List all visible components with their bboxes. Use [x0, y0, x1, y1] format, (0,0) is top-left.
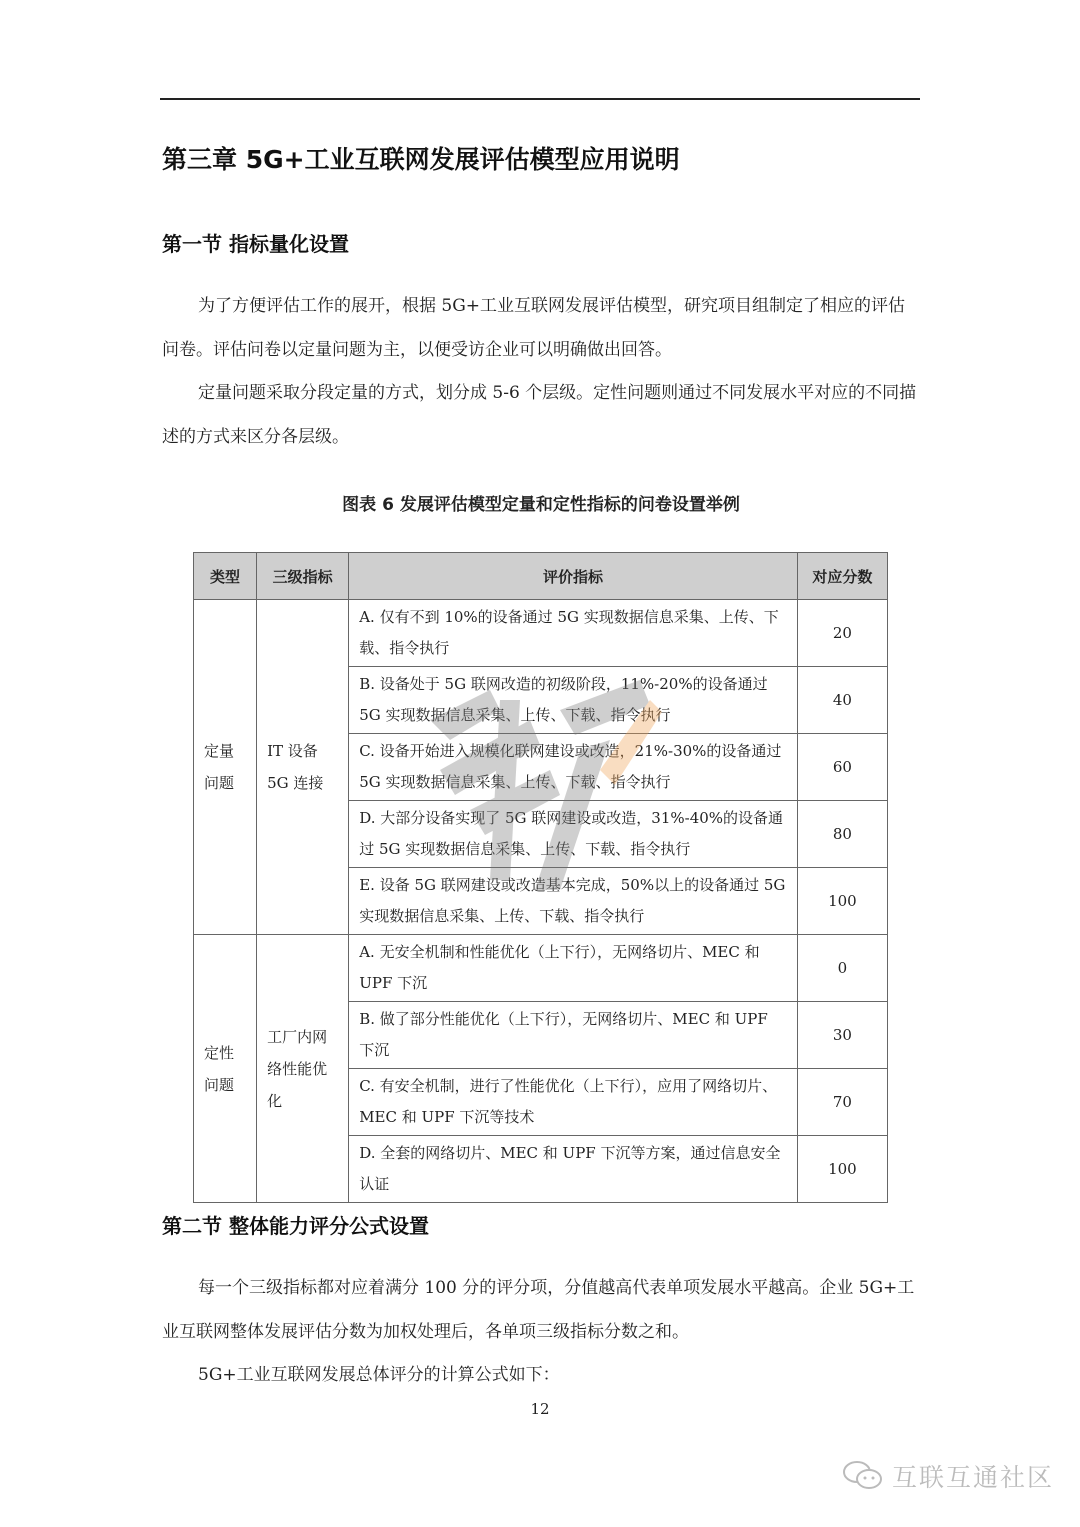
chapter-title: 第三章 5G+工业互联网发展评估模型应用说明	[162, 140, 680, 176]
table-header-row: 类型 三级指标 评价指标 对应分数	[194, 553, 888, 600]
description-cell: E. 设备 5G 联网建设或改造基本完成，50%以上的设备通过 5G 实现数据信…	[349, 868, 798, 935]
brand-name: 互联互通社区	[892, 1458, 1054, 1494]
description-cell: C. 设备开始进入规模化联网建设或改造，21%-30%的设备通过 5G 实现数据…	[349, 734, 798, 801]
description-cell: A. 无安全机制和性能优化（上下行），无网络切片、MEC 和 UPF 下沉	[349, 935, 798, 1002]
score-cell: 80	[797, 801, 887, 868]
score-cell: 60	[797, 734, 887, 801]
section-title-2: 第二节 整体能力评分公式设置	[162, 1210, 429, 1239]
wechat-icon	[842, 1459, 884, 1493]
paragraph: 定量问题采取分段定量的方式，划分成 5-6 个层级。定性问题则通过不同发展水平对…	[162, 371, 920, 459]
header-level3-indicator: 三级指标	[257, 553, 349, 600]
score-cell: 30	[797, 1002, 887, 1069]
questionnaire-table: 类型 三级指标 评价指标 对应分数 定量问题 IT 设备 5G 连接 A. 仅有…	[193, 552, 888, 1203]
figure-caption: 图表 6 发展评估模型定量和定性指标的问卷设置举例	[162, 490, 920, 515]
description-cell: B. 设备处于 5G 联网改造的初级阶段，11%-20%的设备通过 5G 实现数…	[349, 667, 798, 734]
type-cell: 定量问题	[194, 600, 257, 935]
description-cell: B. 做了部分性能优化（上下行），无网络切片、MEC 和 UPF 下沉	[349, 1002, 798, 1069]
score-cell: 40	[797, 667, 887, 734]
brand-watermark: 互联互通社区	[842, 1458, 1054, 1494]
table-row: 定性问题 工厂内网络性能优化 A. 无安全机制和性能优化（上下行），无网络切片、…	[194, 935, 888, 1002]
description-cell: A. 仅有不到 10%的设备通过 5G 实现数据信息采集、上传、下载、指令执行	[349, 600, 798, 667]
document-page: 第三章 5G+工业互联网发展评估模型应用说明 第一节 指标量化设置 为了方便评估…	[0, 0, 1080, 1527]
score-cell: 100	[797, 868, 887, 935]
header-evaluation-indicator: 评价指标	[349, 553, 798, 600]
table-row: 定量问题 IT 设备 5G 连接 A. 仅有不到 10%的设备通过 5G 实现数…	[194, 600, 888, 667]
section-title-1: 第一节 指标量化设置	[162, 228, 349, 257]
description-cell: C. 有安全机制，进行了性能优化（上下行），应用了网络切片、MEC 和 UPF …	[349, 1069, 798, 1136]
header-type: 类型	[194, 553, 257, 600]
page-number: 12	[0, 1400, 1080, 1418]
score-cell: 20	[797, 600, 887, 667]
paragraph: 5G+工业互联网发展总体评分的计算公式如下：	[162, 1353, 920, 1397]
paragraph: 每一个三级指标都对应着满分 100 分的评分项，分值越高代表单项发展水平越高。企…	[162, 1266, 920, 1354]
paragraph: 为了方便评估工作的展开，根据 5G+工业互联网发展评估模型，研究项目组制定了相应…	[162, 284, 920, 372]
score-cell: 0	[797, 935, 887, 1002]
score-cell: 70	[797, 1069, 887, 1136]
description-cell: D. 大部分设备实现了 5G 联网建设或改造，31%-40%的设备通过 5G 实…	[349, 801, 798, 868]
indicator-cell: 工厂内网络性能优化	[257, 935, 349, 1203]
indicator-cell: IT 设备 5G 连接	[257, 600, 349, 935]
header-rule	[160, 98, 920, 100]
description-cell: D. 全套的网络切片、MEC 和 UPF 下沉等方案，通过信息安全认证	[349, 1136, 798, 1203]
header-score: 对应分数	[797, 553, 887, 600]
type-cell: 定性问题	[194, 935, 257, 1203]
score-cell: 100	[797, 1136, 887, 1203]
